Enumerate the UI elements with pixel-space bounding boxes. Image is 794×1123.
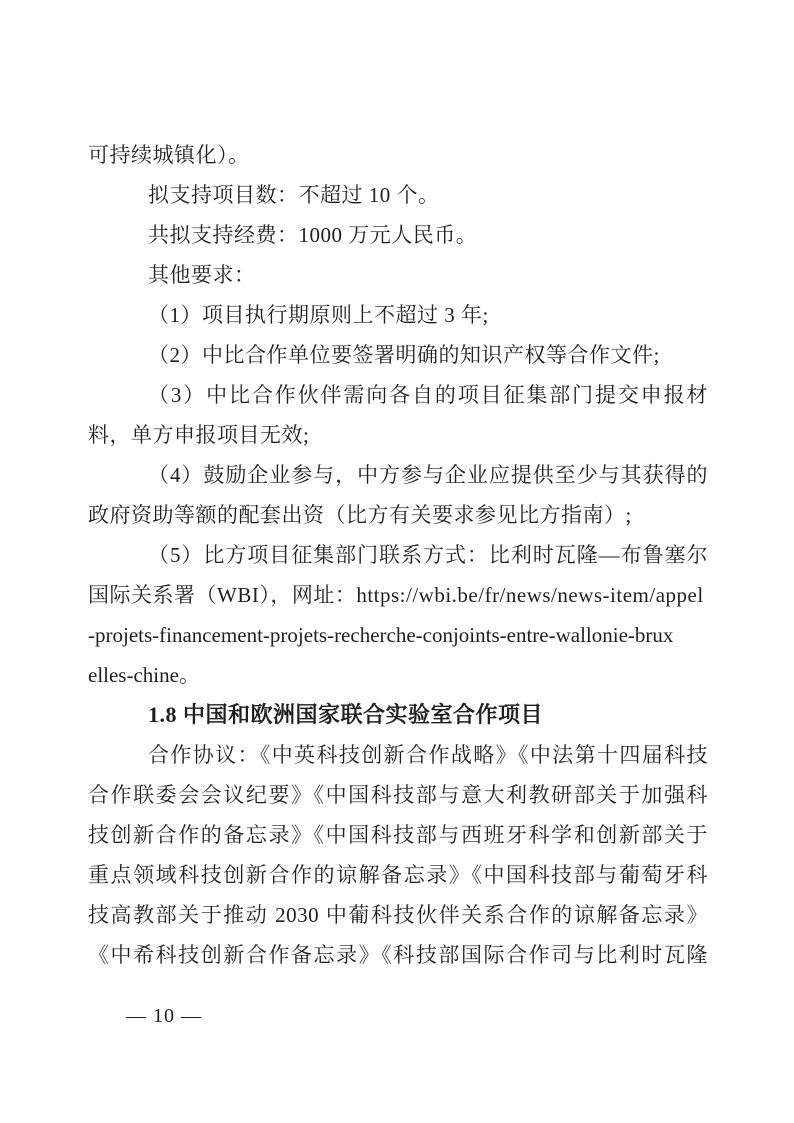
document-line-with-url: 国际关系署（WBI），网址：https://wbi.be/fr/news/new… [88,575,708,615]
document-line: 可持续城镇化）。 [88,135,708,175]
document-body: 可持续城镇化）。 拟支持项目数：不超过 10 个。 共拟支持经费：1000 万元… [88,135,708,975]
document-line: 技高教部关于推动 2030 中葡科技伙伴关系合作的谅解备忘录》 [88,895,708,935]
page-number: — 10 — [126,1005,202,1027]
document-line: 其他要求： [88,255,708,295]
document-line: 政府资助等额的配套出资（比方有关要求参见比方指南）; [88,495,708,535]
document-line: 合作协议：《中英科技创新合作战略》《中法第十四届科技 [88,735,708,775]
document-line: 拟支持项目数：不超过 10 个。 [88,175,708,215]
document-page: 可持续城镇化）。 拟支持项目数：不超过 10 个。 共拟支持经费：1000 万元… [0,0,794,1123]
document-line: 料，单方申报项目无效; [88,415,708,455]
document-line: （1）项目执行期原则上不超过 3 年; [88,295,708,335]
document-line: 技创新合作的备忘录》《中国科技部与西班牙科学和创新部关于 [88,815,708,855]
document-line: 共拟支持经费：1000 万元人民币。 [88,215,708,255]
document-line: （3）中比合作伙伴需向各自的项目征集部门提交申报材 [88,375,708,415]
page-footer: — 10 — [126,996,202,1036]
document-line: 重点领域科技创新合作的谅解备忘录》《中国科技部与葡萄牙科 [88,855,708,895]
document-line: 合作联委会会议纪要》《中国科技部与意大利教研部关于加强科 [88,775,708,815]
document-line: （5）比方项目征集部门联系方式：比利时瓦隆—布鲁塞尔 [88,535,708,575]
url-continuation-line: -projets-financement-projets-recherche-c… [88,615,708,655]
document-line: 《中希科技创新合作备忘录》《科技部国际合作司与比利时瓦隆 [88,935,708,975]
section-heading-1-8: 1.8 中国和欧洲国家联合实验室合作项目 [88,695,708,735]
url-continuation-line: elles-chine。 [88,655,708,695]
document-line: （2）中比合作单位要签署明确的知识产权等合作文件; [88,335,708,375]
document-line: （4）鼓励企业参与，中方参与企业应提供至少与其获得的 [88,455,708,495]
